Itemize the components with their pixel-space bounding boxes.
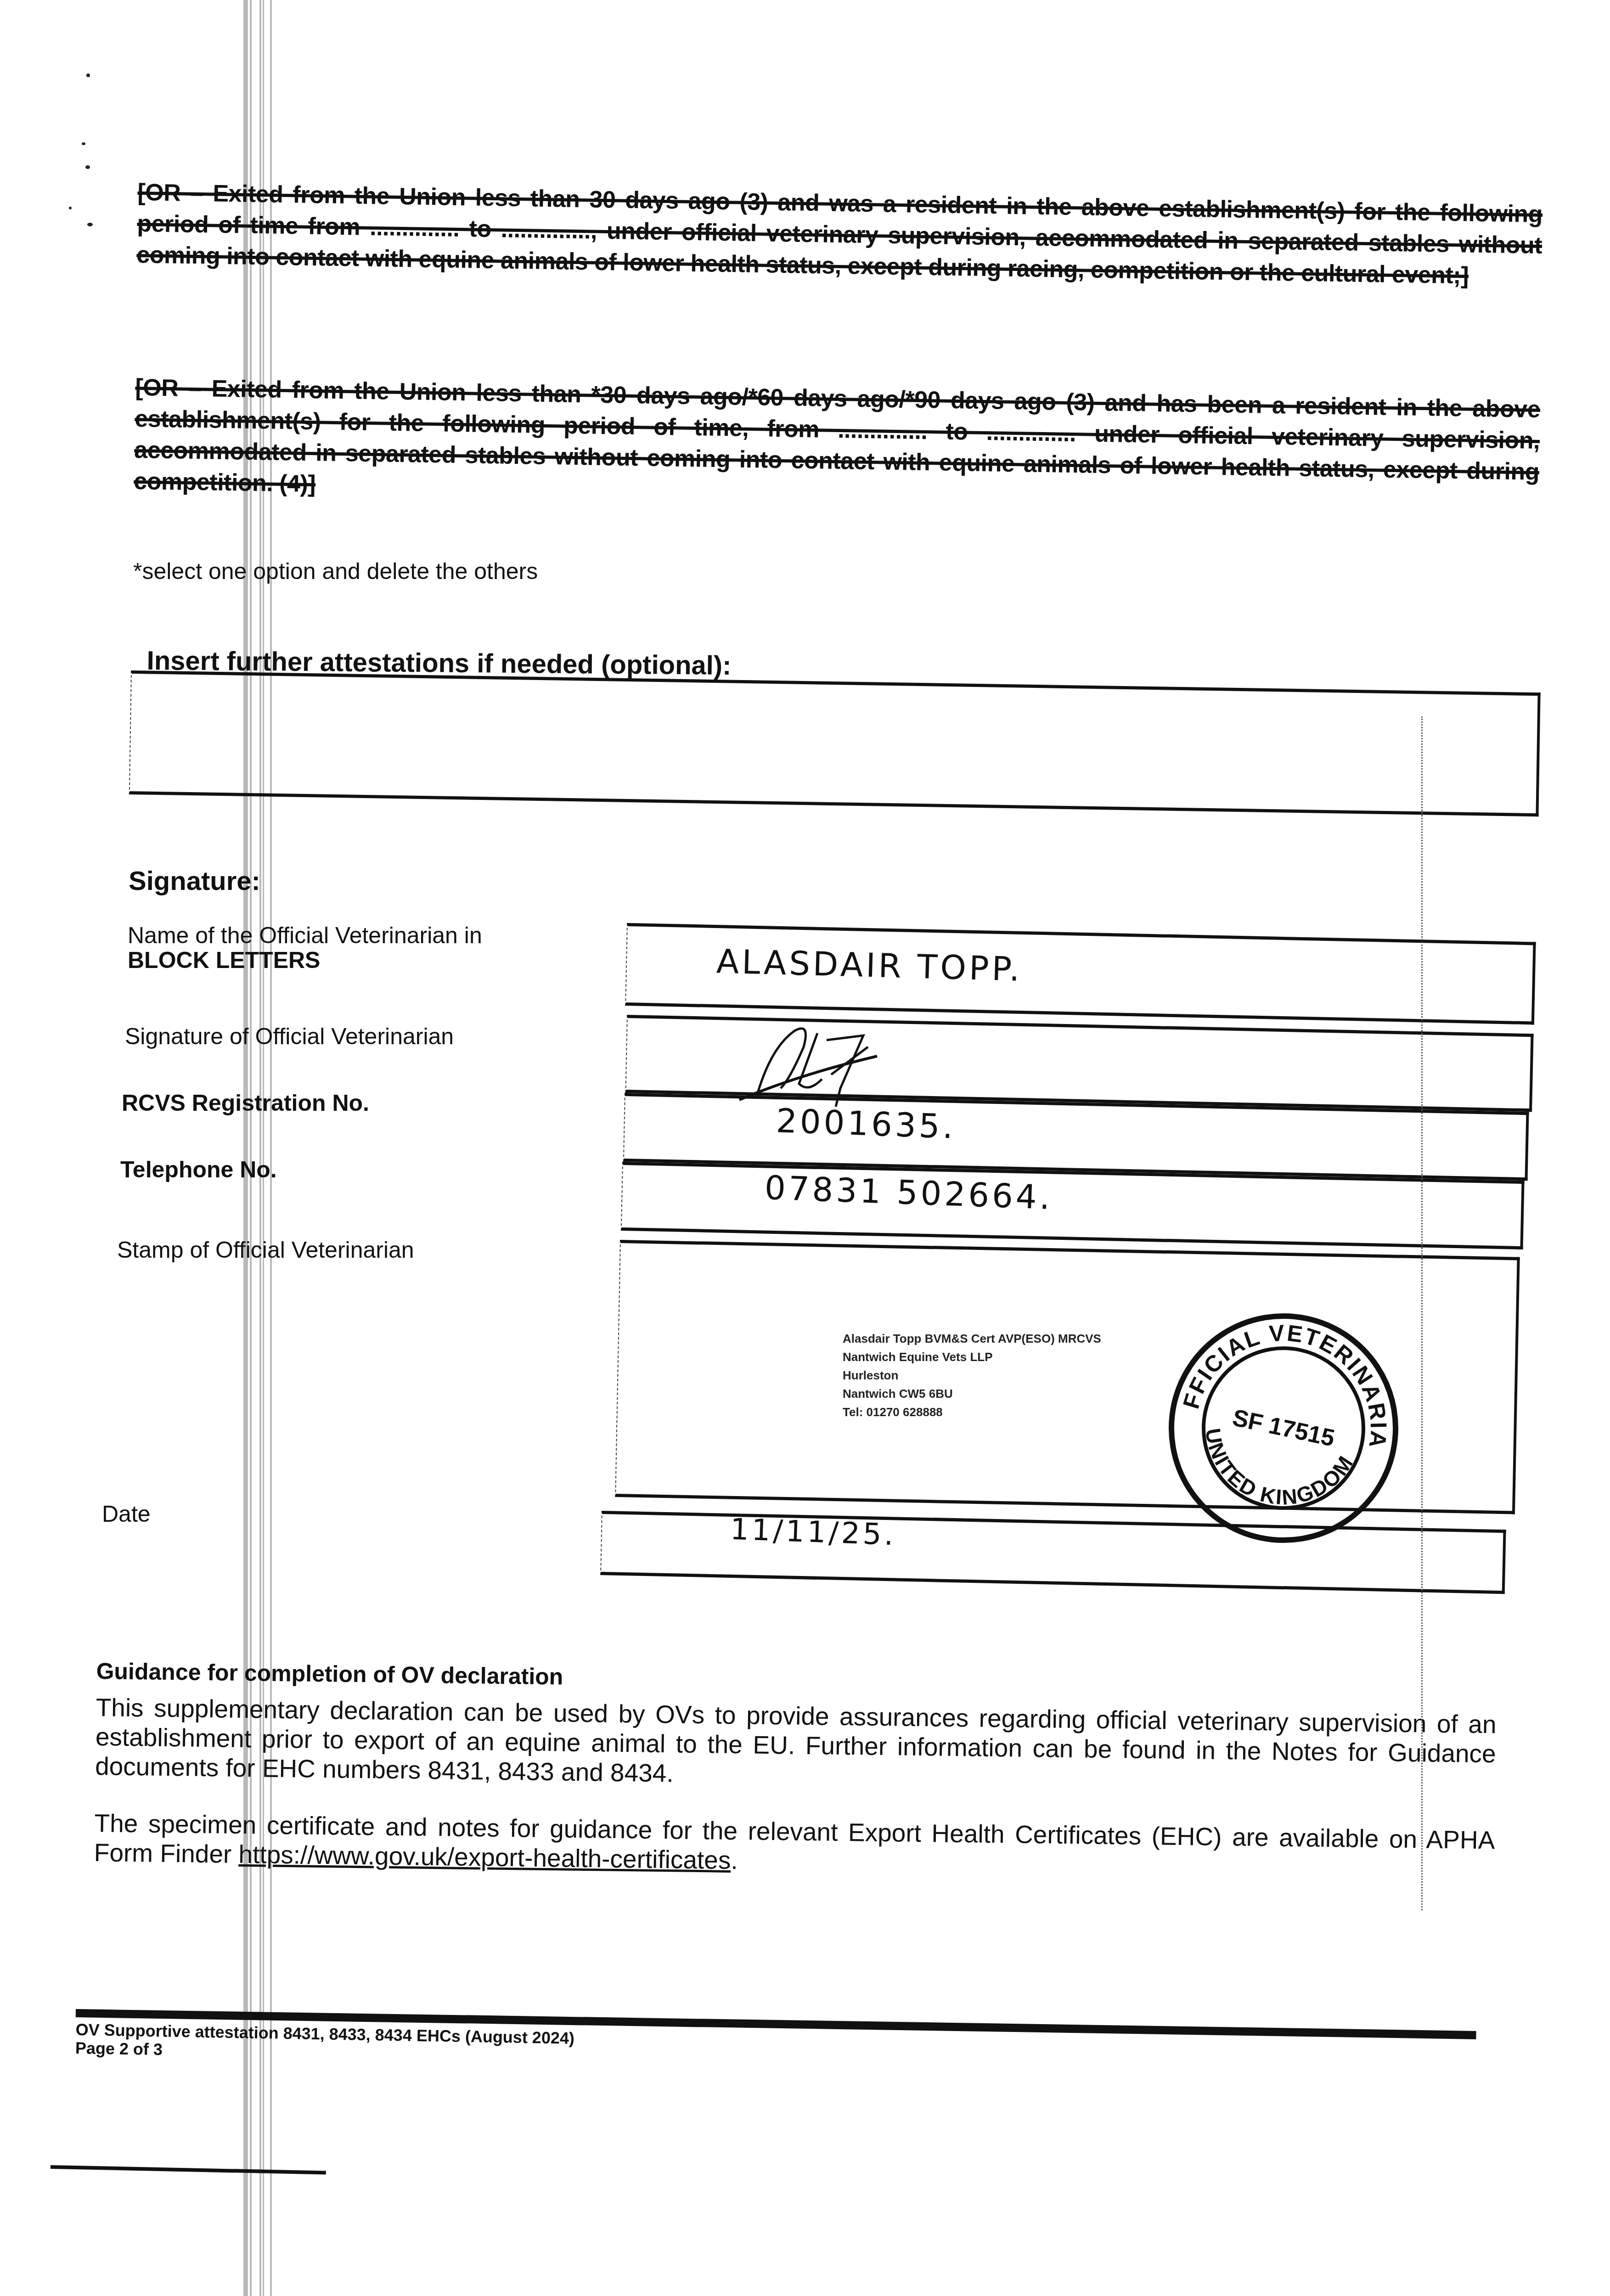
guidance-paragraph-1: This supplementary declaration can be us… — [95, 1693, 1497, 1798]
date-value: 11/11/25. — [730, 1513, 897, 1553]
option-paragraph-2: [OR – Exited from the Union less than *3… — [134, 372, 1541, 519]
practice-stamp-line: Alasdair Topp BVM&S Cert AVP(ESO) MRCVS — [843, 1329, 1101, 1348]
signature-heading: Signature: — [129, 866, 260, 896]
practice-stamp-line: Tel: 01270 628888 — [843, 1403, 1101, 1421]
further-attestations-input[interactable] — [129, 670, 1541, 816]
scan-artifact-line — [243, 0, 248, 2296]
option-1-text: [OR – Exited from the Union less than 30… — [136, 177, 1543, 293]
scan-artifact-line — [250, 0, 252, 2296]
scan-speck — [82, 142, 85, 145]
scan-artifact-line — [259, 0, 261, 2296]
rcvs-label: RCVS Registration No. — [122, 1091, 369, 1115]
rcvs-value: 2001635. — [776, 1101, 957, 1146]
footer: OV Supportive attestation 8431, 8433, 84… — [75, 2020, 575, 2066]
option-paragraph-1: [OR – Exited from the Union less than 30… — [136, 177, 1543, 293]
signature-label: Signature of Official Veterinarian — [125, 1024, 454, 1049]
scan-artifact-line — [263, 0, 264, 2296]
stamp-ring-text-icon: OFFICIAL VETERINARIAN UNITED KINGDOM SF … — [1154, 1299, 1413, 1558]
practice-stamp-line: Nantwich Equine Vets LLP — [843, 1348, 1101, 1366]
practice-stamp: Alasdair Topp BVM&S Cert AVP(ESO) MRCVS … — [843, 1329, 1101, 1421]
guidance-paragraph-2: The specimen certificate and notes for g… — [94, 1808, 1495, 1884]
name-label-line1: Name of the Official Veterinarian in — [128, 923, 482, 948]
scanned-document-page: [OR – Exited from the Union less than 30… — [0, 0, 1610, 2296]
date-label: Date — [102, 1502, 151, 1526]
scan-artifact-line — [270, 0, 272, 2296]
export-health-certificates-link[interactable]: https://www.gov.uk/export-health-certifi… — [238, 1840, 731, 1874]
practice-stamp-line: Nantwich CW5 6BU — [843, 1384, 1101, 1403]
option-2-text: [OR – Exited from the Union less than *3… — [134, 372, 1541, 519]
scan-speck — [85, 165, 90, 169]
scan-speck — [87, 223, 93, 226]
select-note: *select one option and delete the others — [133, 558, 538, 585]
practice-stamp-line: Hurleston — [843, 1366, 1101, 1384]
guidance-paragraph-2-end: . — [731, 1846, 738, 1874]
scan-dotted-artifact — [1421, 716, 1423, 1910]
name-label: Name of the Official Veterinarian in BLO… — [128, 923, 482, 973]
name-value: ALASDAIR TOPP. — [716, 942, 1023, 988]
telephone-label: Telephone No. — [120, 1157, 277, 1182]
scan-speck — [86, 73, 90, 77]
name-label-line2: BLOCK LETTERS — [128, 948, 482, 973]
stray-scan-line — [51, 2165, 326, 2175]
scan-speck — [69, 207, 72, 209]
svg-text:SF 17515: SF 17515 — [1230, 1404, 1337, 1452]
stamp-label: Stamp of Official Veterinarian — [117, 1238, 414, 1262]
guidance-section: Guidance for completion of OV declaratio… — [94, 1658, 1497, 1884]
